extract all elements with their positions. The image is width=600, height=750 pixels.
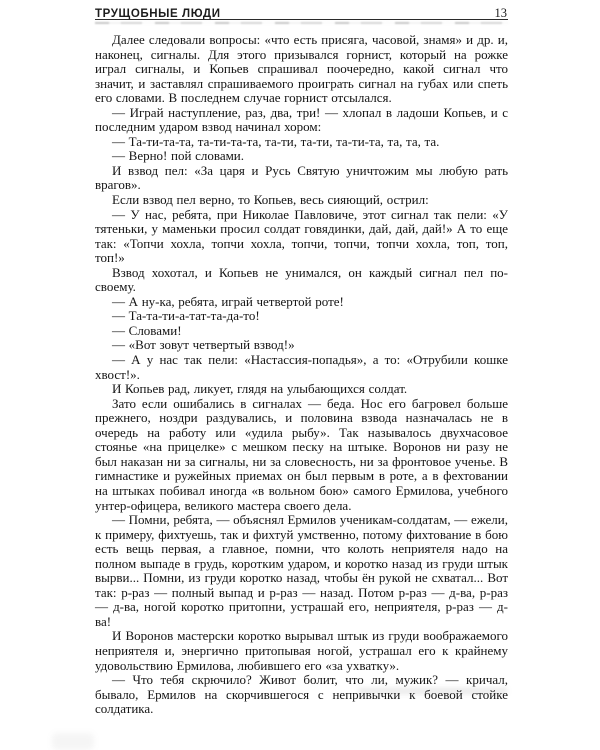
paragraph: — Та-та-ти-а-тат-та-да-то!: [95, 309, 508, 324]
paragraph: — У нас, ребята, при Николае Павловиче, …: [95, 208, 508, 266]
scan-artifact-rule-shadow: [95, 22, 508, 24]
paragraph: — Словами!: [95, 324, 508, 339]
paragraph: И Копьев рад, ликует, глядя на улыбающих…: [95, 382, 508, 397]
scan-artifact-smudge: [358, 687, 508, 695]
paragraph: И взвод пел: «За царя и Русь Святую унич…: [95, 164, 508, 193]
paragraph: И Воронов мастерски коротко вырывал штык…: [95, 629, 508, 673]
paragraph: Взвод хохотал, и Копьев не унимался, он …: [95, 266, 508, 295]
paragraph: Если взвод пел верно, то Копьев, весь си…: [95, 193, 508, 208]
paragraph: — «Вот зовут четвертый взвод!»: [95, 338, 508, 353]
header-rule: [95, 19, 508, 20]
paragraph: — Помни, ребята, — объяснял Ермилов учен…: [95, 513, 508, 629]
paragraph: Далее следовали вопросы: «что есть прися…: [95, 33, 508, 106]
paragraph: — Играй наступление, раз, два, три! — хл…: [95, 106, 508, 135]
paragraph: — Верно! пой словами.: [95, 149, 508, 164]
paragraph: — А ну-ка, ребята, играй четвертой роте!: [95, 295, 508, 310]
scan-artifact-smudge: [52, 733, 94, 750]
page-text: Далее следовали вопросы: «что есть прися…: [95, 33, 508, 717]
paragraph: — Та-ти-та-та, та-ти-та-та, та-ти, та-ти…: [95, 135, 508, 150]
paragraph: Зато если ошибались в сигналах — беда. Н…: [95, 397, 508, 513]
book-page: ТРУЩОБНЫЕ ЛЮДИ 13 Далее следовали вопрос…: [0, 0, 600, 750]
paragraph: — А у нас так пели: «Настассия-попадья»,…: [95, 353, 508, 382]
